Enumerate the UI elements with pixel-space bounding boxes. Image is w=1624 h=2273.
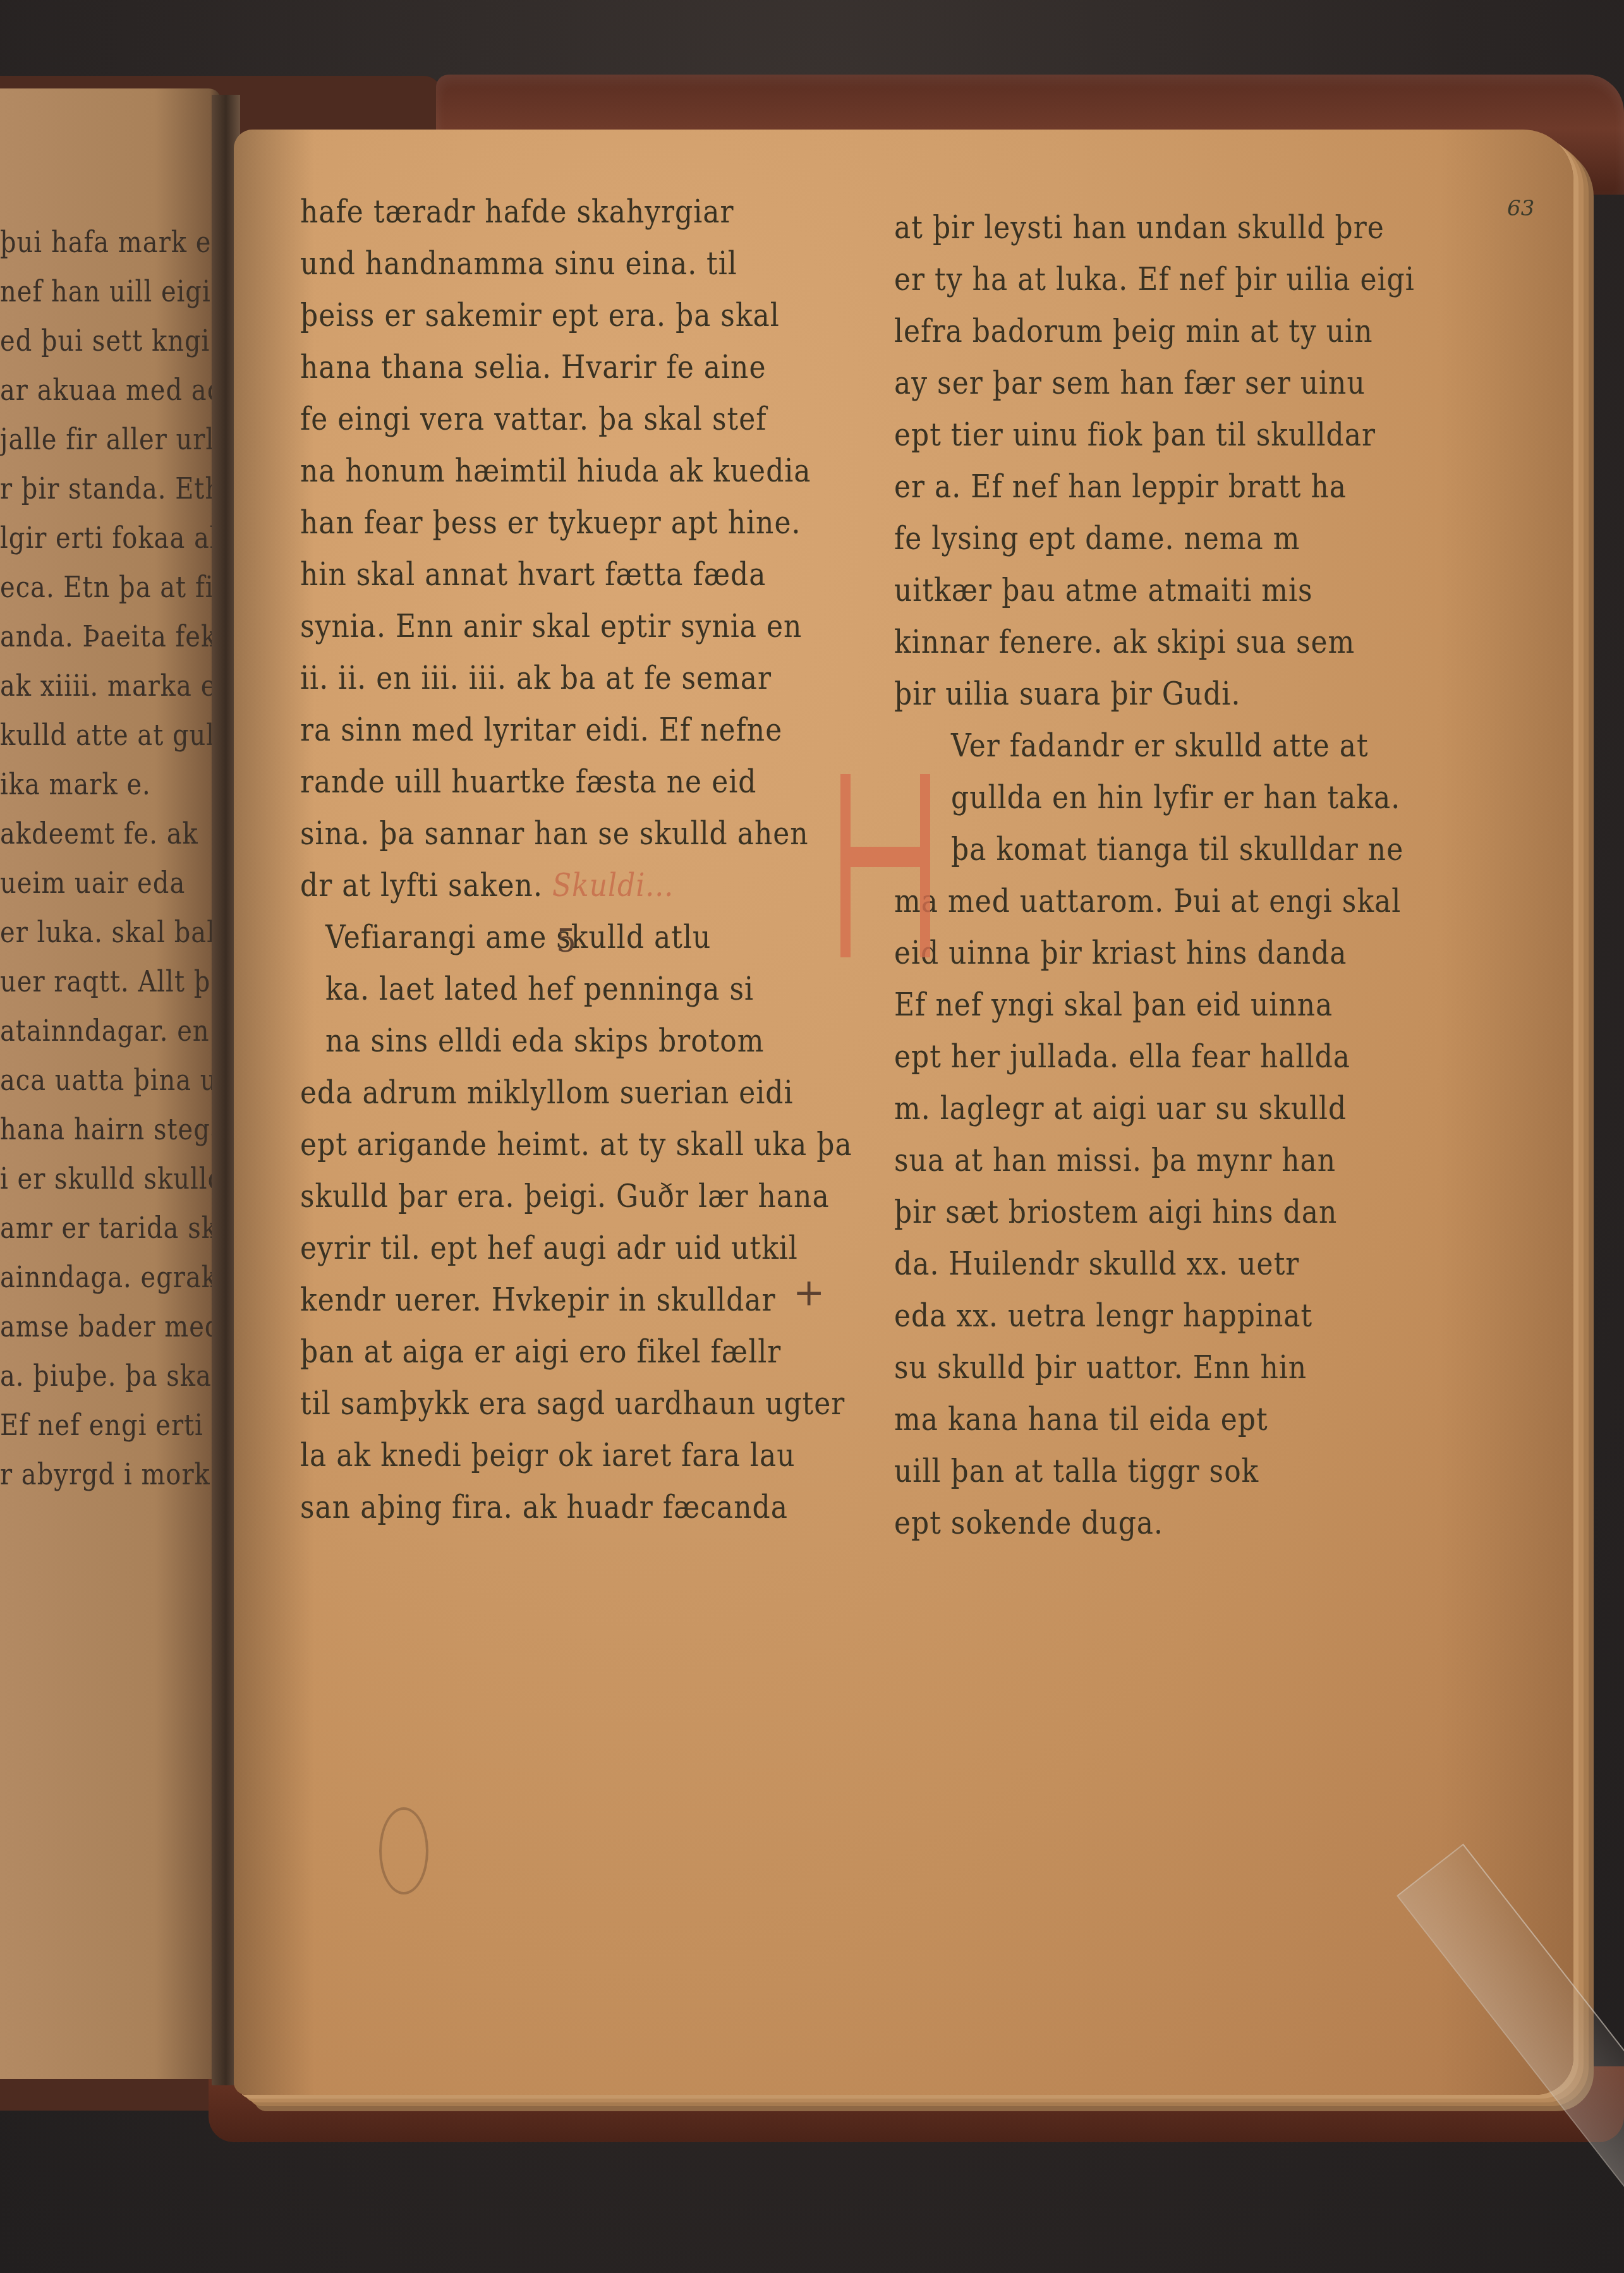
manuscript-line: uitkær þau atme atmaiti mis — [894, 561, 1438, 621]
manuscript-line: kendr uerer. Hvkepir in skulldar — [300, 1271, 844, 1330]
manuscript-line: amr er tarida skal — [0, 1200, 215, 1257]
manuscript-line: su skulld þir uattor. Enn hin — [894, 1338, 1438, 1398]
manuscript-line: hana hairn stegar — [0, 1101, 215, 1158]
manuscript-line: ept tier uinu fiok þan til skulldar — [894, 406, 1438, 465]
manuscript-line: ept arigande heimt. at ty skall uka þa — [300, 1115, 844, 1175]
manuscript-line: þan at aiga er aigi ero fikel fællr — [300, 1323, 844, 1382]
faded-rubric: Skuldi... — [552, 867, 674, 904]
manuscript-line: atainndagar. en þa — [0, 1003, 215, 1060]
manuscript-line: na sins elldi eda skips brotom — [300, 1012, 844, 1071]
manuscript-line: da. Huilendr skulld xx. uetr — [894, 1235, 1438, 1294]
manuscript-line: ar akuaa med adde — [0, 362, 215, 419]
manuscript-line: hin skal annat hvart fætta fæda — [300, 545, 844, 605]
manuscript-line: amse bader med — [0, 1299, 215, 1355]
manuscript-line: r þir standa. Ethin — [0, 461, 215, 518]
folio-number: 63 — [1507, 196, 1534, 221]
left-page-verso: þui hafa mark e fe nef han uill eigi ed … — [0, 88, 221, 2079]
manuscript-line: rande uill huartke fæsta ne eid — [300, 753, 844, 812]
manuscript-line: ay ser þar sem han fær ser uinu — [894, 354, 1438, 413]
manuscript-line: at þir leysti han undan skulld þre — [894, 198, 1438, 258]
column-b: at þir leysti han undan skulld þre er ty… — [894, 202, 1438, 1549]
left-page-column: þui hafa mark e fe nef han uill eigi ed … — [0, 218, 215, 1500]
manuscript-line: m. laglegr at aigi uar su skulld — [894, 1079, 1438, 1139]
manuscript-line: ma kana hana til eida ept — [894, 1390, 1438, 1450]
manuscript-line: er a. Ef nef han leppir bratt ha — [894, 458, 1438, 517]
manuscript-line: ika mark e. — [0, 756, 215, 813]
manuscript-line: kulld atte at gullda. — [0, 707, 215, 764]
manuscript-line: eda xx. uetra lengr happinat — [894, 1287, 1438, 1346]
manuscript-line: eca. Etn þa at fir jalle — [0, 559, 215, 616]
manuscript-line: þa komat tianga til skulldar ne — [894, 820, 1438, 880]
manuscript-line: þui hafa mark e fe — [0, 214, 215, 271]
manuscript-line: i er skulld skulld — [0, 1151, 215, 1208]
manuscript-line: lefra badorum þeig min at ty uin — [894, 302, 1438, 361]
manuscript-line: þir sæt briostem aigi hins dan — [894, 1183, 1438, 1242]
manuscript-line: kinnar fenere. ak skipi sua sem — [894, 613, 1438, 672]
manuscript-line: r abyrgd i mork — [0, 1446, 215, 1503]
manuscript-line: ii. ii. en iii. iii. ak ba at fe semar — [300, 649, 844, 708]
manuscript-line: hana thana selia. Hvarir fe aine — [300, 338, 844, 397]
manuscript-line: han fear þess er tykuepr apt hine. — [300, 494, 844, 553]
manuscript-line: dr at lyfti saken. Skuldi... — [300, 856, 844, 916]
manuscript-line: Ef nef yngi skal þan eid uinna — [894, 976, 1438, 1035]
manuscript-line: san aþing fira. ak huadr fæcanda — [300, 1478, 844, 1537]
manuscript-line: ma med uattarom. Þui at engi skal — [894, 872, 1438, 931]
manuscript-line: a. þiuþe. þa skal — [0, 1348, 215, 1405]
manuscript-line: ed þui sett kngi — [0, 313, 215, 370]
margin-small-mark: 5 — [556, 923, 576, 959]
decorated-initial-h — [840, 774, 930, 957]
manuscript-line: und handnamma sinu eina. til — [300, 234, 844, 294]
manuscript-line: er luka. skal balla — [0, 904, 215, 961]
manuscript-line: na honum hæimtil hiuda ak kuedia — [300, 442, 844, 501]
manuscript-line: uer raqtt. Allt þar — [0, 954, 215, 1010]
manuscript-line: er ty ha at luka. Ef nef þir uilia eigi — [894, 250, 1438, 310]
manuscript-line: eid uinna þir kriast hins danda — [894, 924, 1438, 983]
manuscript-line: sua at han missi. þa mynr han — [894, 1131, 1438, 1191]
manuscript-line: ept her jullada. ella fear hallda — [894, 1027, 1438, 1087]
manuscript-line: akdeemt fe. ak — [0, 806, 215, 863]
manuscript-line: til samþykk era sagd uardhaun ugter — [300, 1374, 844, 1434]
manuscript-line: skulld þar era. þeigi. Guðr lær hana — [300, 1167, 844, 1227]
manuscript-line: lgir erti fokaa ak — [0, 510, 215, 567]
manuscript-line: sina. þa sannar han se skulld ahen — [300, 804, 844, 864]
manuscript-line: ept sokende duga. — [894, 1494, 1438, 1553]
manuscript-line: la ak knedi þeigr ok iaret fara lau — [300, 1426, 844, 1486]
column-a: hafe tæradr hafde skahyrgiar und handnam… — [300, 186, 844, 1534]
manuscript-line: synia. Enn anir skal eptir synia en — [300, 597, 844, 657]
manuscript-line: eyrir til. ept hef augi adr uid utkil — [300, 1219, 844, 1278]
manuscript-line: ra sinn med lyritar eidi. Ef nefne — [300, 701, 844, 760]
manuscript-line: gullda en hin lyfir er han taka. — [894, 768, 1438, 828]
manuscript-line: ak xiiii. marka e — [0, 658, 215, 715]
manuscript-line: þeiss er sakemir ept era. þa skal — [300, 286, 844, 346]
manuscript-line: fe lysing ept dame. nema m — [894, 509, 1438, 569]
manuscript-line: ainndaga. egrak — [0, 1249, 215, 1306]
oval-stain — [379, 1807, 428, 1894]
manuscript-line: þir uilia suara þir Gudi. — [894, 665, 1438, 724]
manuscript-line: ka. laet lated hef penninga si — [300, 960, 844, 1019]
manuscript-line: Ver fadandr er skulld atte at — [894, 717, 1438, 776]
manuscript-line: nef han uill eigi — [0, 264, 215, 320]
manuscript-line: fe eingi vera vattar. þa skal stef — [300, 390, 844, 449]
margin-cross-mark: + — [793, 1270, 825, 1314]
line-text: dr at lyfti saken. — [300, 867, 543, 904]
manuscript-line: hafe tæradr hafde skahyrgiar — [300, 183, 844, 242]
manuscript-line: aca uatta þina uen — [0, 1052, 215, 1109]
manuscript-line: uill þan at talla tiggr sok — [894, 1442, 1438, 1501]
manuscript-line: ueim uair eda — [0, 855, 215, 912]
manuscript-line: anda. Þaeita fekr — [0, 609, 215, 665]
manuscript-line: eda adrum miklyllom suerian eidi — [300, 1064, 844, 1123]
manuscript-line: Ef nef engi erti — [0, 1397, 215, 1454]
manuscript-line: jalle fir aller urlog — [0, 411, 215, 468]
